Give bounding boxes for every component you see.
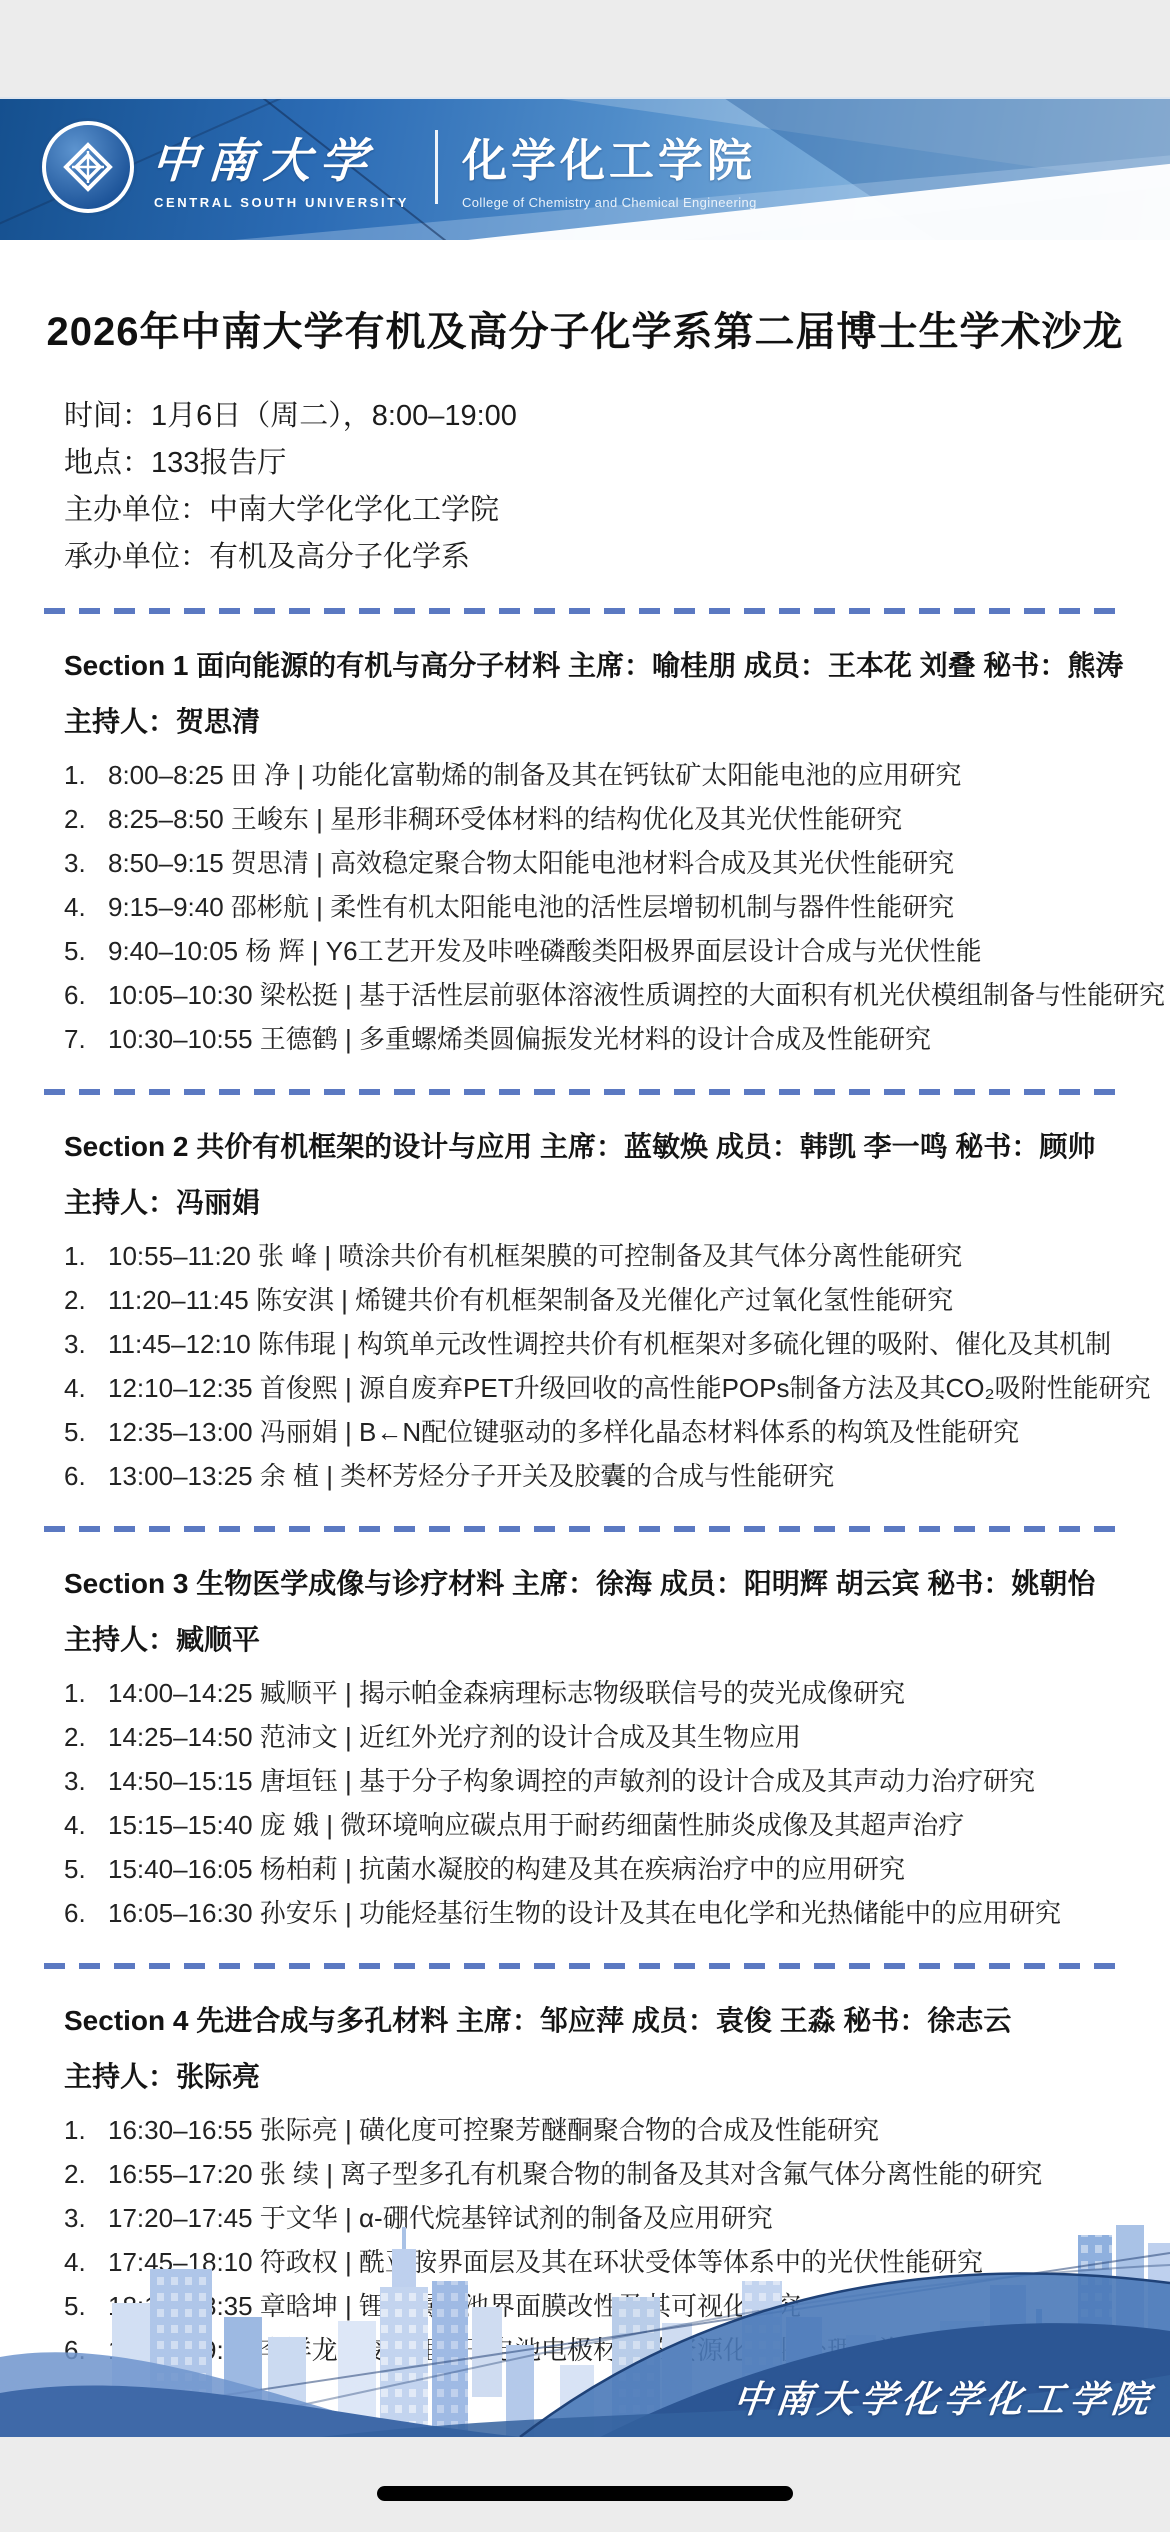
talk-text: 14:50–15:15 唐垣钰 | 基于分子构象调控的声敏剂的设计合成及其声动力…	[108, 1768, 1035, 1795]
talk-number: 6.	[64, 1463, 108, 1490]
talk-text: 11:20–11:45 陈安淇 | 烯键共价有机框架制备及光催化产过氧化氢性能研…	[108, 1287, 953, 1314]
event-info: 时间：1月6日（周二），8:00–19:00 地点：133报告厅 主办单位：中南…	[64, 401, 1170, 572]
talk-item: 7.10:30–10:55 王德鹤 | 多重螺烯类圆偏振发光材料的设计合成及性能…	[64, 1026, 1134, 1053]
talk-item: 1.10:55–11:20 张 峰 | 喷涂共价有机框架膜的可控制备及其气体分离…	[64, 1243, 1134, 1270]
info-location: 地点：133报告厅	[64, 448, 1170, 478]
section-block-2: Section 2 共价有机框架的设计与应用 主席：蓝敏焕 成员：韩凯 李一鸣 …	[64, 1125, 1134, 1490]
section-block-3: Section 3 生物医学成像与诊疗材料 主席：徐海 成员：阳明辉 胡云宾 秘…	[64, 1562, 1134, 1927]
talk-number: 3.	[64, 1331, 108, 1358]
university-brand: 中南大学 CENTRAL SOUTH UNIVERSITY 化学化工学院 Col…	[42, 121, 757, 213]
talk-text: 9:15–9:40 邵彬航 | 柔性有机太阳能电池的活性层增韧机制与器件性能研究	[108, 894, 954, 921]
info-time: 时间：1月6日（周二），8:00–19:00	[64, 401, 1170, 431]
section-divider	[44, 1963, 1126, 1969]
talk-number: 5.	[64, 938, 108, 965]
seal-knot-icon	[61, 140, 115, 194]
section-host: 主持人：贺思清	[64, 700, 1134, 740]
banner: 中南大学 CENTRAL SOUTH UNIVERSITY 化学化工学院 Col…	[0, 97, 1170, 240]
university-seal-logo	[42, 121, 134, 213]
section-header: Section 1 面向能源的有机与高分子材料 主席：喻桂朋 成员：王本花 刘叠…	[64, 644, 1134, 684]
talk-item: 2.14:25–14:50 范沛文 | 近红外光疗剂的设计合成及其生物应用	[64, 1724, 1134, 1751]
talk-item: 1.8:00–8:25 田 净 | 功能化富勒烯的制备及其在钙钛矿太阳能电池的应…	[64, 762, 1134, 789]
talk-number: 2.	[64, 806, 108, 833]
talk-text: 8:25–8:50 王峻东 | 星形非稠环受体材料的结构优化及其光伏性能研究	[108, 806, 902, 833]
talk-number: 1.	[64, 1680, 108, 1707]
event-title: 2026年中南大学有机及高分子化学系第二届博士生学术沙龙	[0, 300, 1170, 357]
talk-item: 3.11:45–12:10 陈伟琨 | 构筑单元改性调控共价有机框架对多硫化锂的…	[64, 1331, 1134, 1358]
section-block-1: Section 1 面向能源的有机与高分子材料 主席：喻桂朋 成员：王本花 刘叠…	[64, 644, 1134, 1053]
talk-number: 2.	[64, 1724, 108, 1751]
section-header: Section 3 生物医学成像与诊疗材料 主席：徐海 成员：阳明辉 胡云宾 秘…	[64, 1562, 1134, 1602]
talk-number: 3.	[64, 1768, 108, 1795]
talk-text: 13:00–13:25 余 植 | 类杯芳烃分子开关及胶囊的合成与性能研究	[108, 1463, 834, 1490]
section-header: Section 4 先进合成与多孔材料 主席：邹应萍 成员：袁俊 王淼 秘书：徐…	[64, 1999, 1134, 2039]
talk-text: 12:35–13:00 冯丽娟 | B←N配位键驱动的多样化晶态材料体系的构筑及…	[108, 1419, 1019, 1446]
talk-text: 9:40–10:05 杨 辉 | Y6工艺开发及咔唑磷酸类阳极界面层设计合成与光…	[108, 938, 982, 965]
talk-item: 3.14:50–15:15 唐垣钰 | 基于分子构象调控的声敏剂的设计合成及其声…	[64, 1768, 1134, 1795]
talk-item: 5.15:40–16:05 杨柏莉 | 抗菌水凝胶的构建及其在疾病治疗中的应用研…	[64, 1856, 1134, 1883]
talk-text: 10:30–10:55 王德鹤 | 多重螺烯类圆偏振发光材料的设计合成及性能研究	[108, 1026, 931, 1053]
info-organizer: 主办单位：中南大学化学化工学院	[64, 495, 1170, 525]
talk-number: 2.	[64, 1287, 108, 1314]
talk-item: 4.12:10–12:35 首俊熙 | 源自废弃PET升级回收的高性能POPs制…	[64, 1375, 1134, 1402]
talk-item: 1.14:00–14:25 臧顺平 | 揭示帕金森病理标志物级联信号的荧光成像研…	[64, 1680, 1134, 1707]
talk-text: 14:00–14:25 臧顺平 | 揭示帕金森病理标志物级联信号的荧光成像研究	[108, 1680, 905, 1707]
home-indicator[interactable]	[377, 2486, 793, 2501]
talk-item: 5.12:35–13:00 冯丽娟 | B←N配位键驱动的多样化晶态材料体系的构…	[64, 1419, 1134, 1446]
talk-number: 7.	[64, 1026, 108, 1053]
talk-text: 15:40–16:05 杨柏莉 | 抗菌水凝胶的构建及其在疾病治疗中的应用研究	[108, 1856, 905, 1883]
talk-text: 10:55–11:20 张 峰 | 喷涂共价有机框架膜的可控制备及其气体分离性能…	[108, 1243, 962, 1270]
talk-text: 12:10–12:35 首俊熙 | 源自废弃PET升级回收的高性能POPs制备方…	[108, 1375, 1151, 1402]
talk-item: 2.8:25–8:50 王峻东 | 星形非稠环受体材料的结构优化及其光伏性能研究	[64, 806, 1134, 833]
talk-item: 4.15:15–15:40 庞 娥 | 微环境响应碳点用于耐药细菌性肺炎成像及其…	[64, 1812, 1134, 1839]
talk-number: 5.	[64, 1856, 108, 1883]
section-divider	[44, 608, 1126, 614]
section-divider	[44, 1089, 1126, 1095]
home-indicator-area	[0, 2437, 1170, 2532]
brand-divider	[435, 130, 438, 204]
sections-container: Section 1 面向能源的有机与高分子材料 主席：喻桂朋 成员：王本花 刘叠…	[0, 608, 1170, 2364]
talk-text: 11:45–12:10 陈伟琨 | 构筑单元改性调控共价有机框架对多硫化锂的吸附…	[108, 1331, 1111, 1358]
section-header: Section 2 共价有机框架的设计与应用 主席：蓝敏焕 成员：韩凯 李一鸣 …	[64, 1125, 1134, 1165]
talk-text: 8:50–9:15 贺思清 | 高效稳定聚合物太阳能电池材料合成及其光伏性能研究	[108, 850, 954, 877]
talk-item: 2.11:20–11:45 陈安淇 | 烯键共价有机框架制备及光催化产过氧化氢性…	[64, 1287, 1134, 1314]
talk-number: 4.	[64, 894, 108, 921]
talk-text: 14:25–14:50 范沛文 | 近红外光疗剂的设计合成及其生物应用	[108, 1724, 801, 1751]
talk-text: 8:00–8:25 田 净 | 功能化富勒烯的制备及其在钙钛矿太阳能电池的应用研…	[108, 762, 961, 789]
talk-list: 1.14:00–14:25 臧顺平 | 揭示帕金森病理标志物级联信号的荧光成像研…	[64, 1680, 1134, 1927]
status-bar-area	[0, 0, 1170, 97]
talk-number: 6.	[64, 982, 108, 1009]
section-host: 主持人：张际亮	[64, 2055, 1134, 2095]
footer-skyline: 中南大学化学化工学院	[0, 2225, 1170, 2437]
talk-number: 1.	[64, 2117, 108, 2144]
talk-number: 5.	[64, 1419, 108, 1446]
talk-item: 6.10:05–10:30 梁松挺 | 基于活性层前驱体溶液性质调控的大面积有机…	[64, 982, 1134, 1009]
talk-number: 4.	[64, 1812, 108, 1839]
talk-number: 3.	[64, 850, 108, 877]
section-host: 主持人：臧顺平	[64, 1618, 1134, 1658]
talk-item: 6.16:05–16:30 孙安乐 | 功能烃基衍生物的设计及其在电化学和光热储…	[64, 1900, 1134, 1927]
talk-item: 3.8:50–9:15 贺思清 | 高效稳定聚合物太阳能电池材料合成及其光伏性能…	[64, 850, 1134, 877]
talk-item: 2.16:55–17:20 张 续 | 离子型多孔有机聚合物的制备及其对含氟气体…	[64, 2161, 1134, 2188]
university-name-cn: 中南大学	[150, 124, 412, 191]
talk-text: 16:05–16:30 孙安乐 | 功能烃基衍生物的设计及其在电化学和光热储能中…	[108, 1900, 1061, 1927]
event-poster: 中南大学 CENTRAL SOUTH UNIVERSITY 化学化工学院 Col…	[0, 97, 1170, 2437]
talk-number: 1.	[64, 762, 108, 789]
talk-list: 1.10:55–11:20 张 峰 | 喷涂共价有机框架膜的可控制备及其气体分离…	[64, 1243, 1134, 1490]
college-name-cn: 化学化工学院	[462, 124, 757, 189]
college-name-en: College of Chemistry and Chemical Engine…	[462, 195, 757, 210]
talk-item: 5.9:40–10:05 杨 辉 | Y6工艺开发及咔唑磷酸类阳极界面层设计合成…	[64, 938, 1134, 965]
talk-item: 6.13:00–13:25 余 植 | 类杯芳烃分子开关及胶囊的合成与性能研究	[64, 1463, 1134, 1490]
talk-number: 4.	[64, 1375, 108, 1402]
talk-number: 1.	[64, 1243, 108, 1270]
talk-number: 2.	[64, 2161, 108, 2188]
university-name-en: CENTRAL SOUTH UNIVERSITY	[154, 195, 409, 210]
talk-text: 16:30–16:55 张际亮 | 磺化度可控聚芳醚酮聚合物的合成及性能研究	[108, 2117, 879, 2144]
talk-text: 16:55–17:20 张 续 | 离子型多孔有机聚合物的制备及其对含氟气体分离…	[108, 2161, 1042, 2188]
section-divider	[44, 1526, 1126, 1532]
section-host: 主持人：冯丽娟	[64, 1181, 1134, 1221]
talk-number: 6.	[64, 1900, 108, 1927]
talk-list: 1.8:00–8:25 田 净 | 功能化富勒烯的制备及其在钙钛矿太阳能电池的应…	[64, 762, 1134, 1053]
info-co-organizer: 承办单位：有机及高分子化学系	[64, 542, 1170, 572]
talk-text: 10:05–10:30 梁松挺 | 基于活性层前驱体溶液性质调控的大面积有机光伏…	[108, 982, 1165, 1009]
talk-item: 4.9:15–9:40 邵彬航 | 柔性有机太阳能电池的活性层增韧机制与器件性能…	[64, 894, 1134, 921]
footer-college-script: 中南大学化学化工学院	[731, 2369, 1157, 2423]
talk-item: 1.16:30–16:55 张际亮 | 磺化度可控聚芳醚酮聚合物的合成及性能研究	[64, 2117, 1134, 2144]
talk-text: 15:15–15:40 庞 娥 | 微环境响应碳点用于耐药细菌性肺炎成像及其超声…	[108, 1812, 964, 1839]
